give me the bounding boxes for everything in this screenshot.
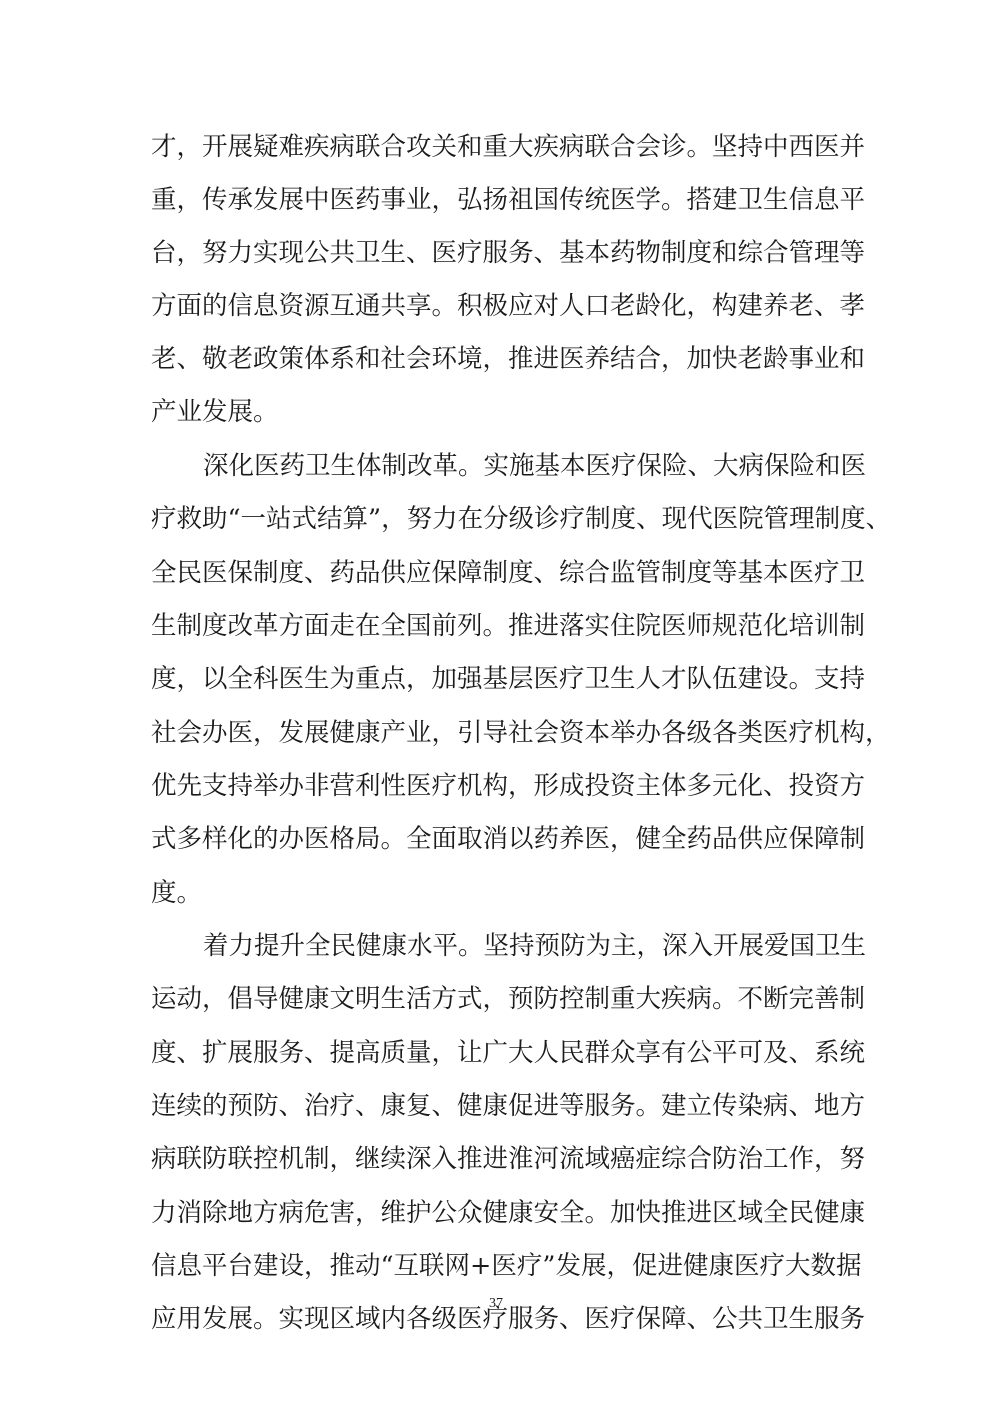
- text-line: 生制度改革方面走在全国前列。推进落实住院医师规范化培训制: [151, 609, 843, 643]
- text-line: 运动，倡导健康文明生活方式，预防控制重大疾病。不断完善制: [151, 982, 843, 1016]
- text-line: 产业发展。: [151, 395, 843, 429]
- text-line: 社会办医，发展健康产业，引导社会资本举办各级各类医疗机构，: [151, 716, 843, 750]
- text-line: 台，努力实现公共卫生、医疗服务、基本药物制度和综合管理等: [151, 236, 843, 270]
- text-line: 度。: [151, 876, 843, 910]
- text-line: 力消除地方病危害，维护公众健康安全。加快推进区域全民健康: [151, 1196, 843, 1230]
- text-line: 老、敬老政策体系和社会环境，推进医养结合，加快老龄事业和: [151, 342, 843, 376]
- text-line: 信息平台建设，推动“互联网+医疗”发展，促进健康医疗大数据: [151, 1249, 843, 1283]
- text-line: 疗救助“一站式结算”，努力在分级诊疗制度、现代医院管理制度、: [151, 502, 843, 536]
- text-line: 连续的预防、治疗、康复、健康促进等服务。建立传染病、地方: [151, 1089, 843, 1123]
- text-line: 重，传承发展中医药事业，弘扬祖国传统医学。搭建卫生信息平: [151, 183, 843, 217]
- text-line: 式多样化的办医格局。全面取消以药养医，健全药品供应保障制: [151, 822, 843, 856]
- text-line: 才，开展疑难疾病联合攻关和重大疾病联合会诊。坚持中西医并: [151, 130, 843, 164]
- text-line: 病联防联控机制，继续深入推进淮河流域癌症综合防治工作，努: [151, 1142, 843, 1176]
- text-line: 着力提升全民健康水平。坚持预防为主，深入开展爱国卫生: [203, 929, 843, 963]
- text-line: 全民医保制度、药品供应保障制度、综合监管制度等基本医疗卫: [151, 556, 843, 590]
- page-number: 37: [0, 1296, 992, 1312]
- text-line: 优先支持举办非营利性医疗机构，形成投资主体多元化、投资方: [151, 769, 843, 803]
- document-page: 才，开展疑难疾病联合攻关和重大疾病联合会诊。坚持中西医并 重，传承发展中医药事业…: [0, 0, 992, 1403]
- text-line: 度、扩展服务、提高质量，让广大人民群众享有公平可及、系统: [151, 1036, 843, 1070]
- text-line: 深化医药卫生体制改革。实施基本医疗保险、大病保险和医: [203, 449, 843, 483]
- text-line: 度，以全科医生为重点，加强基层医疗卫生人才队伍建设。支持: [151, 662, 843, 696]
- text-line: 方面的信息资源互通共享。积极应对人口老龄化，构建养老、孝: [151, 289, 843, 323]
